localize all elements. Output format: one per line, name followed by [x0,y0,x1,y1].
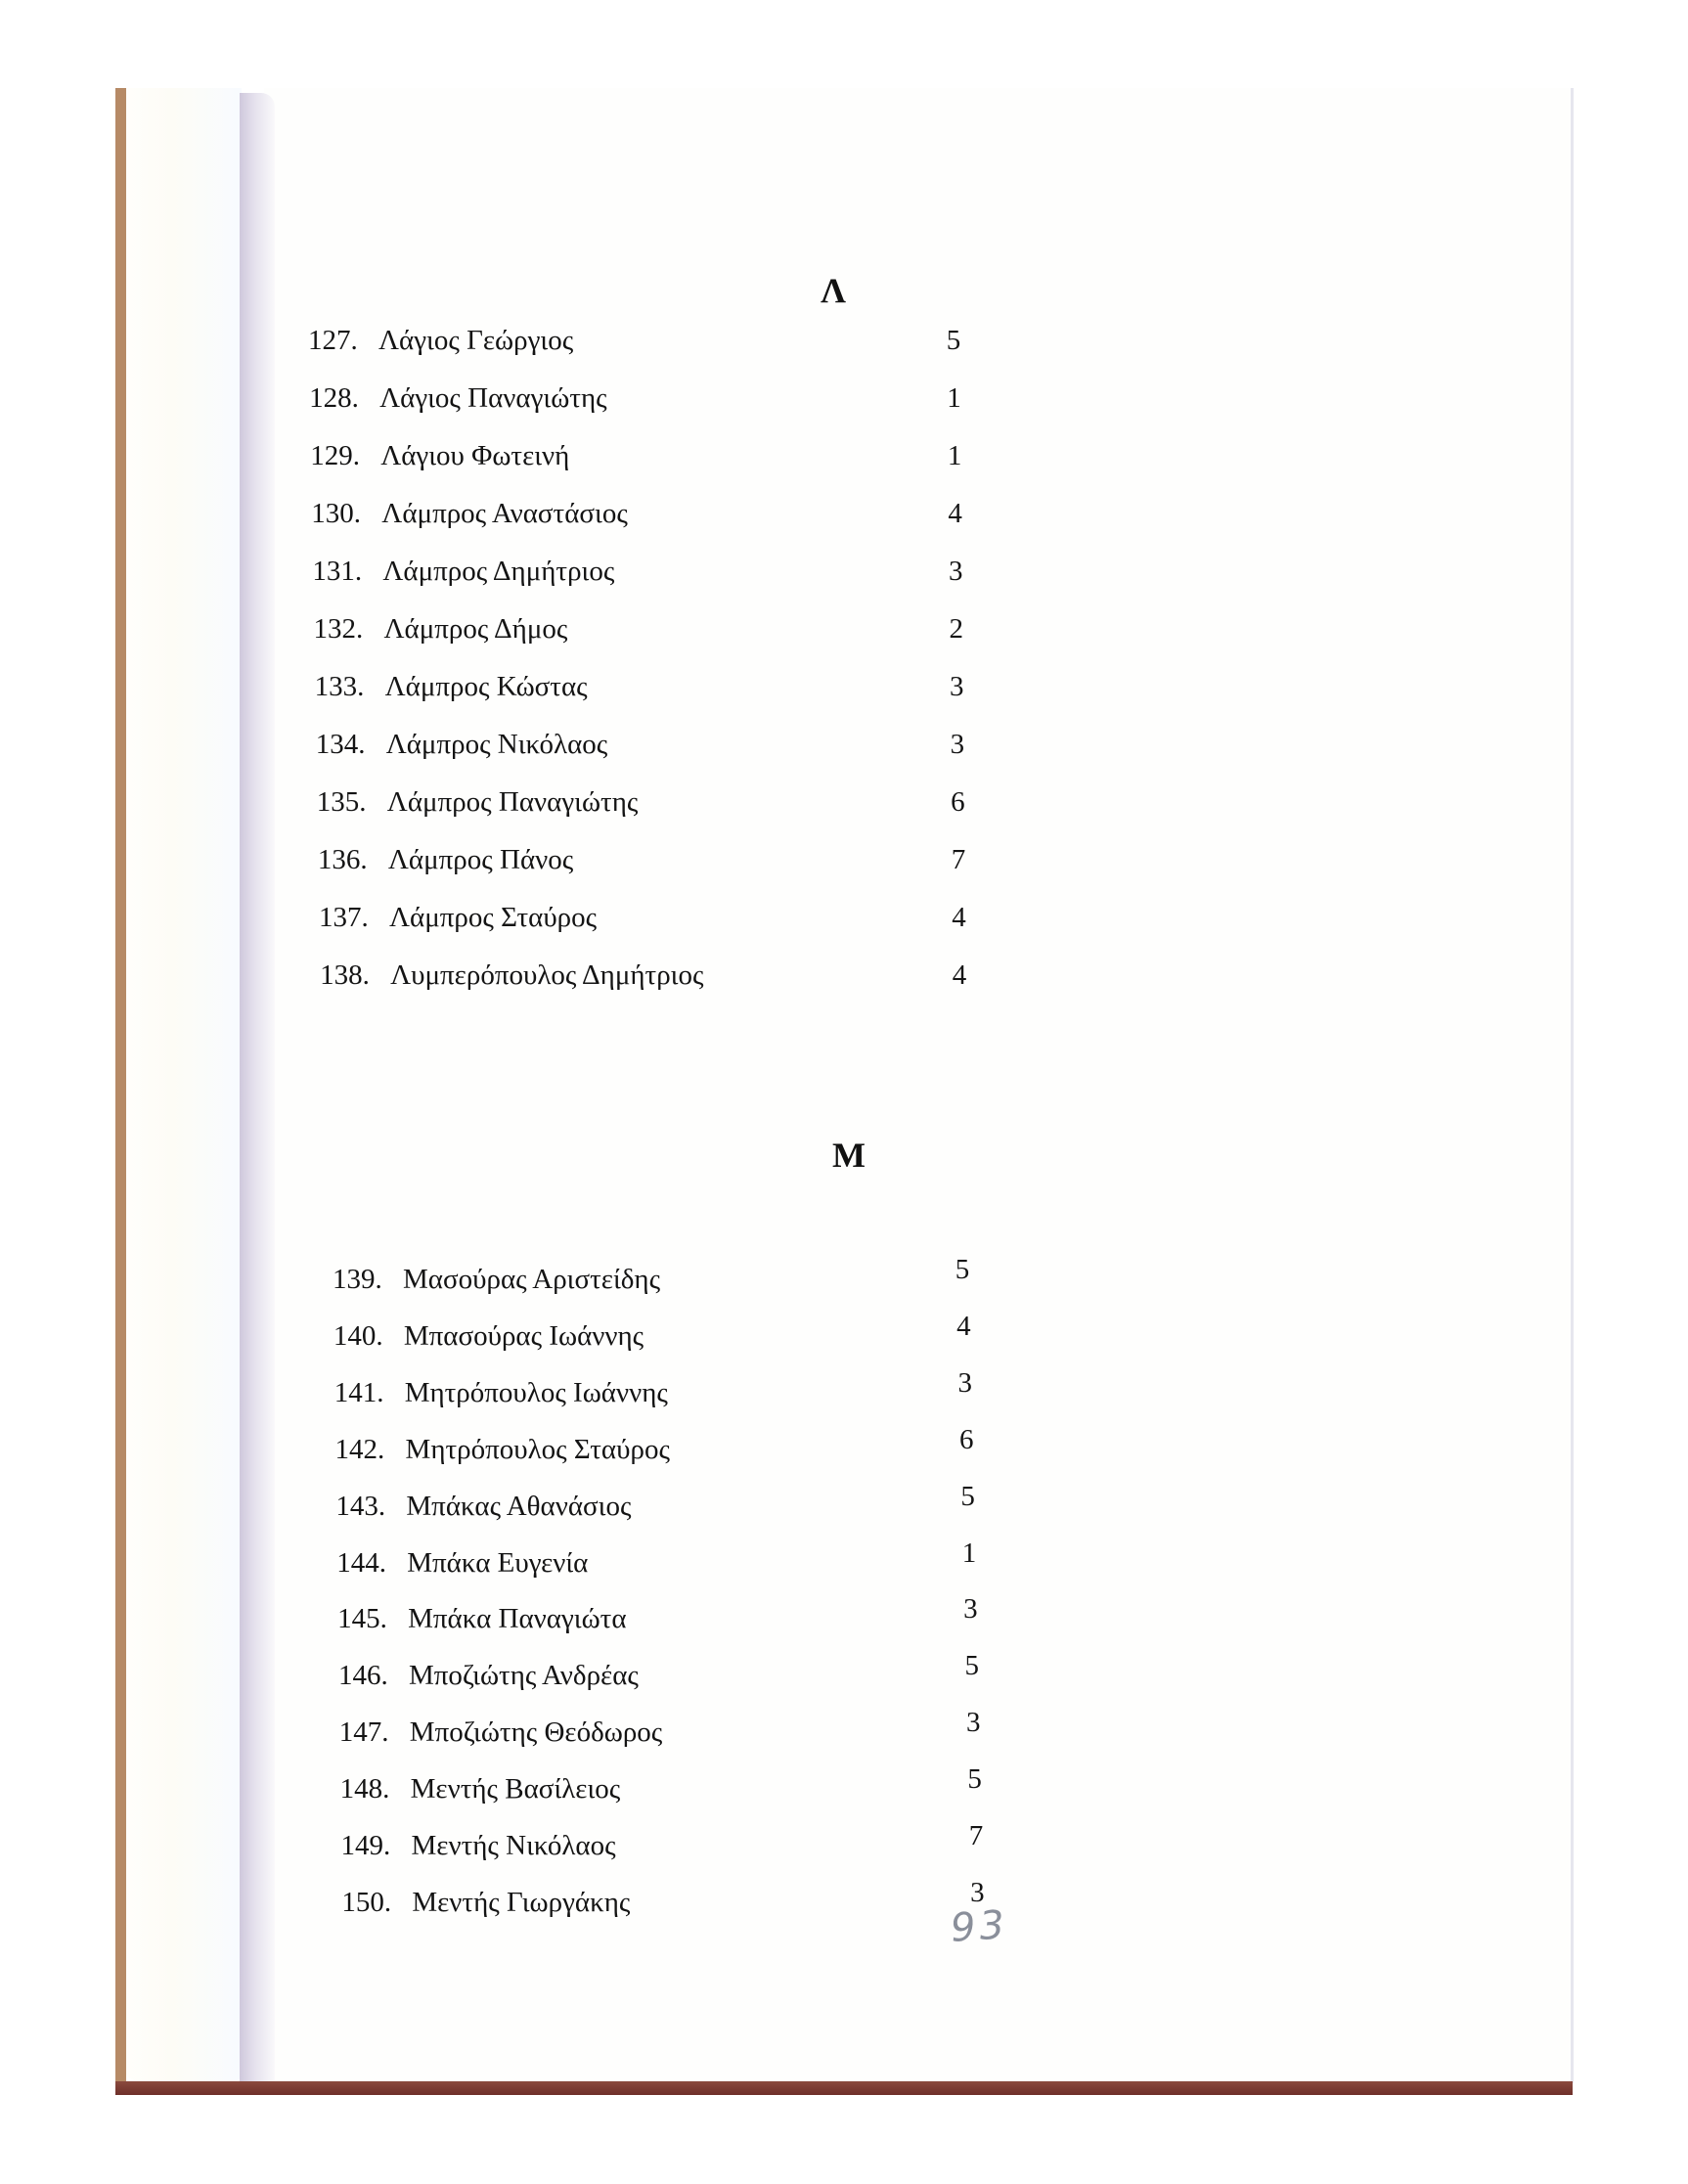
entry-number: 127. [308,327,378,355]
entry-count: 3 [966,1709,981,1737]
index-entry: 144.Μπάκα Ευγενία [336,1549,588,1578]
entry-name: Μητρόπουλος Ιωάννης [405,1379,668,1407]
index-entry: 142.Μητρόπουλος Σταύρος [335,1436,670,1464]
index-entry: 149.Μεντής Νικόλαος [341,1832,616,1860]
book-bottom-edge [115,2081,1573,2095]
entry-count: 1 [948,442,962,470]
entry-name: Μεντής Νικόλαος [412,1832,616,1860]
entry-count: 6 [951,788,965,817]
entry-count: 7 [952,846,966,874]
entry-name: Λάγιου Φωτεινή [380,442,569,470]
entry-count: 3 [949,557,963,586]
entry-name: Μεντής Βασίλειος [411,1775,621,1804]
handwritten-page-number: 93 [950,1905,1010,1948]
entry-name: Λάμπρος Πάνος [388,846,573,874]
entry-number: 145. [337,1605,408,1633]
entry-count: 5 [960,1483,975,1511]
entry-number: 149. [341,1832,412,1860]
entry-number: 128. [309,384,379,413]
index-entry: 134.Λάμπρος Νικόλαος [316,731,608,759]
entry-count: 3 [950,673,964,701]
entry-number: 129. [310,442,380,470]
entry-count: 3 [951,731,965,759]
index-entry: 138.Λυμπερόπουλος Δημήτριος [320,961,703,990]
entry-count: 4 [953,961,967,990]
entry-name: Μπάκας Αθανάσιος [406,1493,631,1521]
entry-number: 130. [311,500,381,528]
entry-count: 1 [962,1539,977,1568]
entry-count: 1 [947,384,961,413]
section-heading-lambda: Λ [821,273,846,308]
index-entry: 147.Μποζιώτης Θεόδωρος [339,1718,663,1747]
section-heading-mu: Μ [832,1137,866,1173]
entry-count: 3 [963,1595,978,1624]
entry-number: 147. [339,1718,410,1747]
entry-count: 3 [958,1369,973,1398]
entry-name: Λάμπρος Παναγιώτης [387,788,639,817]
index-entry: 145.Μπάκα Παναγιώτα [337,1605,626,1633]
entry-name: Μπάκα Παναγιώτα [408,1605,626,1633]
index-entry: 136.Λάμπρος Πάνος [318,846,573,874]
index-entry: 139.Μασούρας Αριστείδης [333,1266,660,1294]
page-gutter-shadow [240,93,275,2088]
entry-count: 7 [969,1822,984,1850]
entry-count: 3 [970,1879,985,1907]
entry-name: Λάγιος Γεώργιος [378,327,573,355]
entry-number: 133. [315,673,385,701]
entry-number: 142. [335,1436,406,1464]
entry-number: 132. [314,615,384,644]
entry-number: 141. [334,1379,405,1407]
entry-count: 5 [955,1256,970,1284]
index-entry: 133.Λάμπρος Κώστας [315,673,588,701]
entry-number: 131. [312,557,382,586]
entry-number: 144. [336,1549,407,1578]
entry-number: 140. [333,1322,404,1351]
index-entry: 148.Μεντής Βασίλειος [340,1775,621,1804]
entry-name: Λάμπρος Σταύρος [389,904,597,932]
entry-name: Μποζιώτης Ανδρέας [409,1662,639,1690]
entry-name: Λάμπρος Αναστάσιος [381,500,628,528]
entry-number: 139. [333,1266,403,1294]
index-entry: 132.Λάμπρος Δήμος [314,615,568,644]
index-entry: 150.Μεντής Γιωργάκης [341,1889,630,1917]
index-entry: 146.Μποζιώτης Ανδρέας [338,1662,639,1690]
book-spine-edge [115,88,126,2095]
entry-number: 148. [340,1775,411,1804]
entry-name: Λάγιος Παναγιώτης [379,384,607,413]
page-stack-edge [126,88,242,2083]
entry-number: 146. [338,1662,409,1690]
entry-name: Λάμπρος Νικόλαος [386,731,608,759]
entry-name: Μεντής Γιωργάκης [412,1889,630,1917]
entry-count: 5 [947,327,961,355]
entry-number: 137. [319,904,389,932]
entry-number: 138. [320,961,390,990]
entry-number: 150. [341,1889,412,1917]
index-entry: 129.Λάγιου Φωτεινή [310,442,569,470]
entry-count: 4 [956,1313,971,1341]
entry-name: Λάμπρος Δημήτριος [382,557,614,586]
entry-name: Λυμπερόπουλος Δημήτριος [390,961,703,990]
entry-name: Μπασούρας Ιωάννης [404,1322,644,1351]
entry-number: 143. [335,1493,406,1521]
index-entry: 143.Μπάκας Αθανάσιος [335,1493,631,1521]
index-entry: 127.Λάγιος Γεώργιος [308,327,573,355]
entry-name: Μποζιώτης Θεόδωρος [410,1718,663,1747]
entry-count: 2 [950,615,964,644]
entry-count: 6 [959,1426,974,1454]
index-entry: 137.Λάμπρος Σταύρος [319,904,597,932]
entry-count: 5 [965,1652,980,1680]
index-entry: 140.Μπασούρας Ιωάννης [333,1322,644,1351]
entry-count: 4 [948,500,962,528]
entry-number: 134. [316,731,386,759]
entry-name: Λάμπρος Δήμος [384,615,568,644]
entry-count: 4 [952,904,966,932]
index-entry: 141.Μητρόπουλος Ιωάννης [334,1379,668,1407]
entry-number: 136. [318,846,388,874]
entry-name: Μασούρας Αριστείδης [403,1266,660,1294]
index-entry: 128.Λάγιος Παναγιώτης [309,384,607,413]
entry-number: 135. [317,788,387,817]
index-entry: 135.Λάμπρος Παναγιώτης [317,788,639,817]
entry-name: Μπάκα Ευγενία [407,1549,588,1578]
index-entry: 131.Λάμπρος Δημήτριος [312,557,614,586]
entry-count: 5 [967,1765,982,1794]
index-entry: 130.Λάμπρος Αναστάσιος [311,500,628,528]
entry-name: Λάμπρος Κώστας [385,673,588,701]
entry-name: Μητρόπουλος Σταύρος [406,1436,670,1464]
